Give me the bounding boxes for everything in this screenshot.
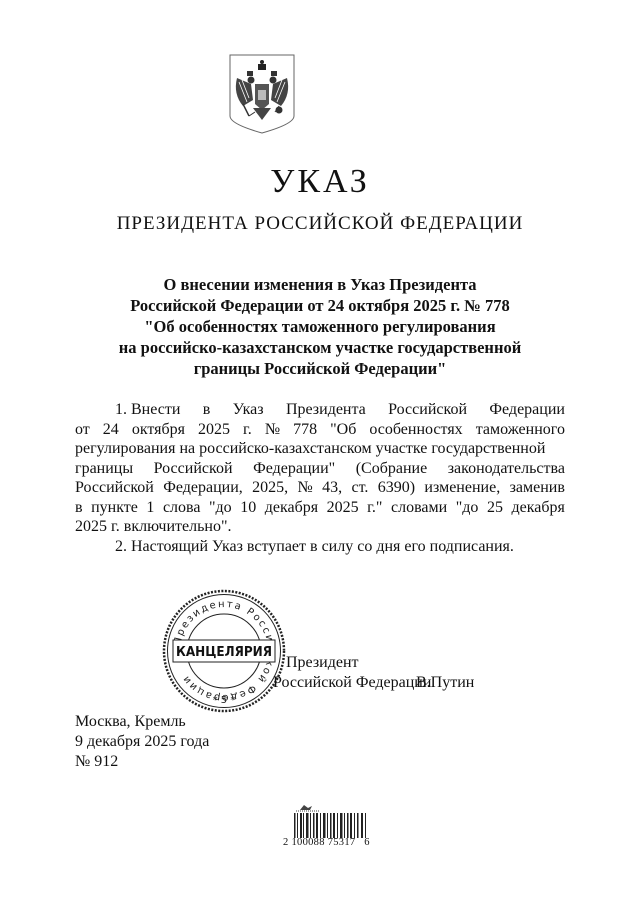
- word: (Собрание: [356, 459, 427, 479]
- word: от: [75, 420, 90, 440]
- paragraph-line: границыРоссийскойФедерации"(Собраниезако…: [75, 459, 565, 479]
- word: Указ: [233, 400, 264, 420]
- word: 2025: [198, 420, 230, 440]
- word: "до: [209, 498, 232, 518]
- word: 24: [103, 420, 119, 440]
- word: 43,: [322, 478, 342, 498]
- word: словами: [391, 498, 447, 518]
- signing-place: Москва, Кремль: [75, 712, 209, 732]
- coat-of-arms-emblem: [229, 54, 295, 134]
- signing-details: Москва, Кремль 9 декабря 2025 года № 912: [75, 712, 209, 772]
- word: изменение,: [424, 478, 500, 498]
- word: таможенного: [476, 420, 565, 440]
- decree-number: № 912: [75, 752, 209, 772]
- paragraph-line: 1. ВнестивУказПрезидентаРоссийскойФедера…: [75, 400, 565, 420]
- word: законодательства: [448, 459, 565, 479]
- word: г.: [243, 420, 252, 440]
- signatory-title: Президент: [286, 653, 359, 673]
- word: слова: [163, 498, 201, 518]
- word: 2025: [327, 498, 359, 518]
- word: ст.: [351, 478, 368, 498]
- word: в: [203, 400, 211, 420]
- word: 25: [487, 498, 503, 518]
- word: регулирования на российско-казахстанском…: [75, 440, 545, 457]
- word: 6390): [378, 478, 415, 498]
- paragraph-line: от24октября2025г.№778"Обособенностяхтамо…: [75, 420, 565, 440]
- stamp-center-text: КАНЦЕЛЯРИЯ: [176, 645, 272, 660]
- word: 1: [146, 498, 154, 518]
- word: пункте: [91, 498, 138, 518]
- word: Президента: [286, 400, 366, 420]
- word: Российской: [388, 400, 467, 420]
- paragraph-line: регулирования на российско-казахстанском…: [75, 439, 565, 459]
- word: "Об: [330, 420, 356, 440]
- paragraph-1: 1. ВнестивУказПрезидентаРоссийскойФедера…: [75, 400, 565, 537]
- paragraph-line: 2025 г. включительно".: [75, 517, 565, 537]
- barcode-icon: [290, 804, 372, 838]
- word: Федерации: [489, 400, 565, 420]
- word: №: [298, 478, 313, 498]
- decree-heading: О внесении изменения в Указ Президента Р…: [100, 274, 540, 379]
- word: 2025 г. включительно".: [75, 518, 232, 535]
- double-headed-eagle-icon: [229, 54, 295, 134]
- signing-date: 9 декабря 2025 года: [75, 732, 209, 752]
- word: 778: [293, 420, 317, 440]
- word: "до: [456, 498, 479, 518]
- word: особенностях: [369, 420, 462, 440]
- signatory-organization: Российской Федерации: [273, 673, 431, 693]
- word: г.": [367, 498, 382, 518]
- word: Российской: [75, 478, 154, 498]
- heading-line: границы Российской Федерации": [100, 358, 540, 379]
- word: декабря: [265, 498, 318, 518]
- word: заменив: [510, 478, 565, 498]
- word: 10: [240, 498, 256, 518]
- heading-line: О внесении изменения в Указ Президента: [100, 274, 540, 295]
- word: 1. Внести: [115, 400, 180, 420]
- word: Российской: [154, 459, 233, 479]
- word: границы: [75, 459, 133, 479]
- word: 2025,: [252, 478, 288, 498]
- heading-line: на российско-казахстанском участке госуд…: [100, 337, 540, 358]
- word: декабря: [511, 498, 564, 518]
- document-subtitle: ПРЕЗИДЕНТА РОССИЙСКОЙ ФЕДЕРАЦИИ: [0, 212, 640, 236]
- word: Федерации": [253, 459, 335, 479]
- stamp-seal-icon: Президента Российской Федерации * 5 * КА…: [162, 589, 286, 713]
- paragraph-line: РоссийскойФедерации,2025,№43,ст.6390)изм…: [75, 478, 565, 498]
- barcode-number: 2 100088 75317 6: [283, 837, 370, 849]
- word: октября: [132, 420, 185, 440]
- stamp-bottom-text: * 5 *: [213, 695, 236, 706]
- heading-line: Российской Федерации от 24 октября 2025 …: [100, 295, 540, 316]
- paragraph-line: впункте1слова"до10декабря2025г."словами"…: [75, 498, 565, 518]
- chancellery-stamp: Президента Российской Федерации * 5 * КА…: [162, 589, 286, 713]
- document-title: УКАЗ: [0, 162, 640, 202]
- heading-line: "Об особенностях таможенного регулирован…: [100, 316, 540, 337]
- word: в: [75, 498, 83, 518]
- decree-body: 1. ВнестивУказПрезидентаРоссийскойФедера…: [75, 400, 565, 556]
- signatory-name: В.Путин: [416, 673, 474, 693]
- word: №: [265, 420, 280, 440]
- word: Федерации,: [163, 478, 243, 498]
- paragraph-2: 2. Настоящий Указ вступает в силу со дня…: [75, 537, 565, 557]
